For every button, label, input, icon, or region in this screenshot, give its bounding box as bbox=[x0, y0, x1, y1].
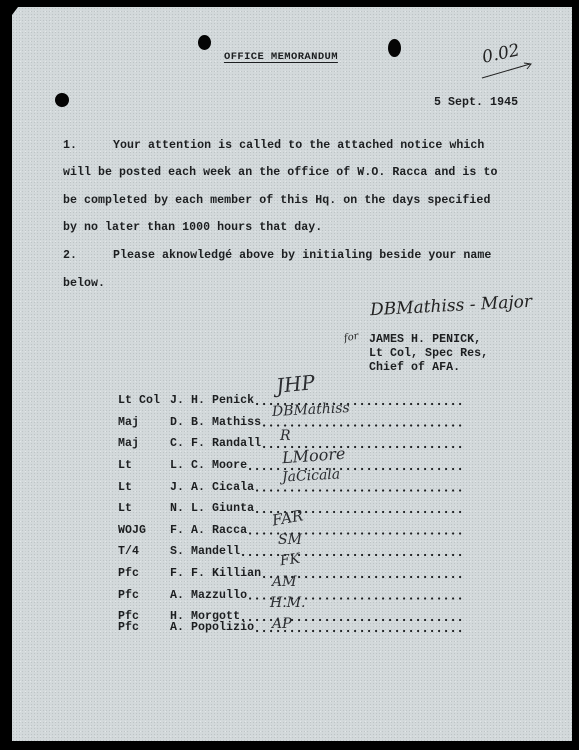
initials-mandell: SM bbox=[278, 532, 302, 548]
initials-penick: JHP bbox=[275, 370, 316, 398]
initials-cicala: JaCicala bbox=[282, 466, 341, 485]
initials-mazzullo: AM bbox=[272, 574, 296, 590]
initials-popolizio: AP bbox=[272, 616, 292, 632]
initials-randall: R bbox=[280, 428, 291, 444]
initials-killian: FK bbox=[279, 551, 301, 570]
initials-morgott: H.M. bbox=[270, 595, 305, 611]
